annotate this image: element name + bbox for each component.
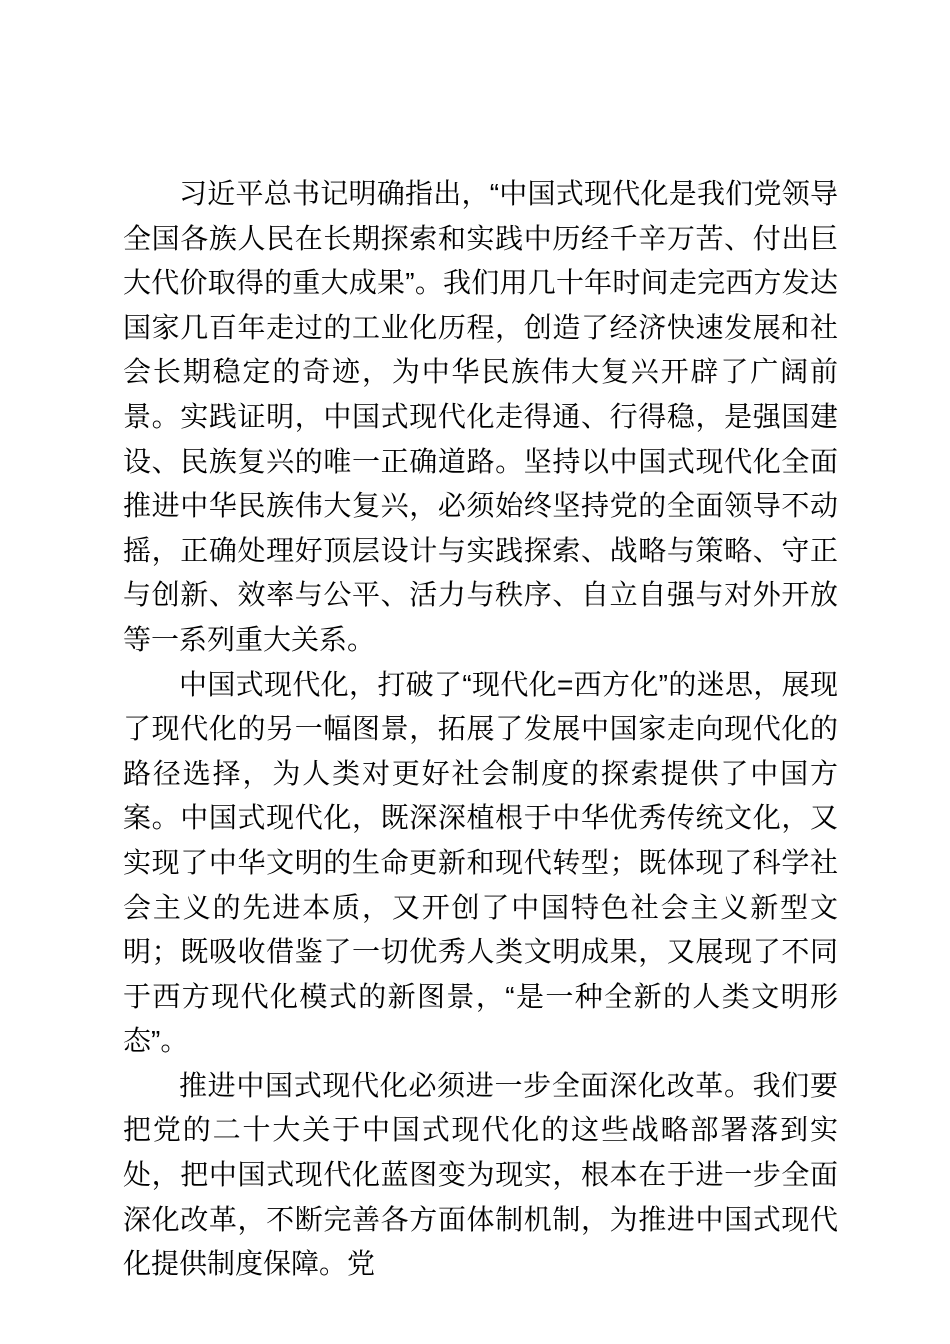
paragraph-1: 习近平总书记明确指出，“中国式现代化是我们党领导全国各族人民在长期探索和实践中历… [123,172,838,663]
paragraph-3: 推进中国式现代化必须进一步全面深化改革。我们要把党的二十大关于中国式现代化的这些… [123,1064,838,1287]
paragraph-2: 中国式现代化，打破了“现代化=西方化”的迷思，展现了现代化的另一幅图景，拓展了发… [123,663,838,1064]
document-body: 习近平总书记明确指出，“中国式现代化是我们党领导全国各族人民在长期探索和实践中历… [123,172,838,1287]
document-page: 习近平总书记明确指出，“中国式现代化是我们党领导全国各族人民在长期探索和实践中历… [0,0,950,1344]
